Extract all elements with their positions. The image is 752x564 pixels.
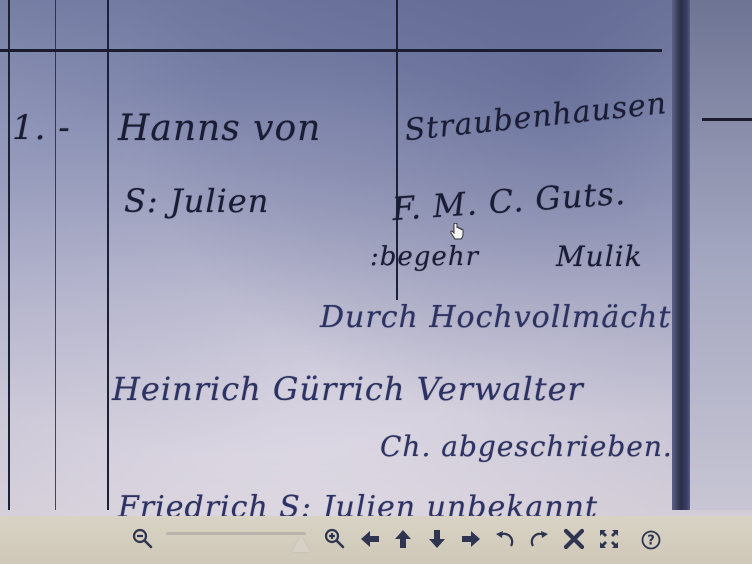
rotate-right-button[interactable]: [526, 526, 552, 552]
adjacent-page: [690, 0, 752, 510]
close-button[interactable]: [561, 526, 587, 552]
document-viewer[interactable]: 1. - Hanns von Straubenhausen f. S: Juli…: [0, 0, 752, 564]
handwriting-line: Mulik: [556, 240, 643, 273]
fullscreen-button[interactable]: [596, 526, 622, 552]
handwriting-line: :begehr: [370, 242, 479, 272]
arrow-down-icon: [426, 528, 448, 550]
rotate-right-icon: [528, 528, 550, 550]
pan-down-button[interactable]: [424, 526, 450, 552]
fullscreen-icon: [598, 528, 620, 550]
rotate-left-button[interactable]: [492, 526, 518, 552]
help-icon: ?: [640, 528, 662, 550]
handwriting-line: Hanns von: [118, 108, 321, 149]
close-icon: [563, 528, 585, 550]
handwriting-line: Straubenhausen f.: [403, 83, 701, 149]
handwriting-entry-number: 1. -: [12, 108, 71, 148]
row-rule: [702, 118, 752, 121]
pan-up-button[interactable]: [390, 526, 416, 552]
arrow-up-icon: [392, 528, 414, 550]
handwriting-line: S: Julien: [124, 182, 269, 220]
column-rule: [107, 0, 109, 510]
handwriting-line: Ch. abgeschrieben.: [380, 430, 673, 463]
viewer-toolbar-controls: ?: [0, 516, 752, 564]
arrow-right-icon: [460, 528, 482, 550]
column-rule: [55, 0, 56, 510]
row-rule: [0, 49, 662, 52]
help-button[interactable]: ?: [638, 526, 664, 552]
pan-left-button[interactable]: [357, 526, 383, 552]
arrow-left-icon: [359, 528, 381, 550]
column-rule: [8, 0, 10, 510]
svg-text:?: ?: [647, 534, 655, 549]
handwriting-line: Heinrich Gürrich Verwalter: [112, 370, 584, 408]
hand-cursor-icon: [450, 223, 464, 241]
pan-right-button[interactable]: [458, 526, 484, 552]
zoom-in-button[interactable]: [322, 526, 348, 552]
zoom-in-icon: [324, 528, 346, 550]
handwriting-line: F. M. C. Guts.: [391, 174, 627, 228]
scanned-page-image[interactable]: 1. - Hanns von Straubenhausen f. S: Juli…: [0, 0, 752, 520]
rotate-left-icon: [494, 528, 516, 550]
